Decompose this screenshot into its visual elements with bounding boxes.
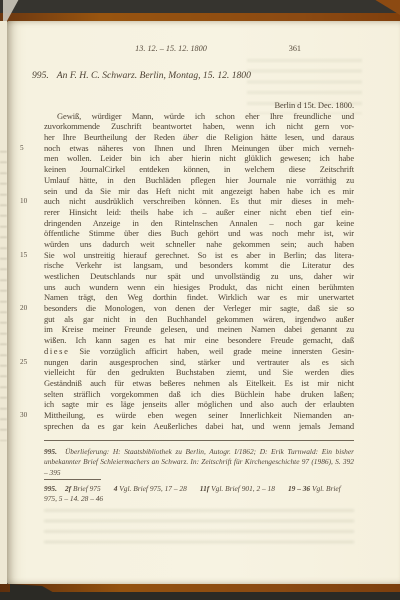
running-head: 13. 12. – 15. 12. 1800 xyxy=(96,44,246,53)
apparatus-transmission: 995.Überlieferung: H: Staatsbibliothek z… xyxy=(44,447,354,478)
margin-line-number: 25 xyxy=(20,357,32,368)
margin-line-number: 30 xyxy=(20,410,32,421)
page-number: 361 xyxy=(269,44,301,53)
book-page: 13. 12. – 15. 12. 1800 361 995.An F. H. … xyxy=(7,21,400,584)
letter-line: diese Sie vorzüglich afficirt haben, wei… xyxy=(44,346,354,357)
letter-line: würden uns dadurch weit schneller nahe g… xyxy=(44,239,354,250)
letter-line: im Kreise meiner Freunde gelesen, und me… xyxy=(44,324,354,335)
letter-line: nungen darin ausgesprochen sind, stärker… xyxy=(44,357,354,368)
letter-line: keinen JournalCirkel entdeken können, in… xyxy=(44,164,354,175)
letter-line: gut als gar nicht in den Buchhandel geko… xyxy=(44,314,354,325)
letter-line: öffentliche Stimme über dies Buch gehört… xyxy=(44,228,354,239)
letter-number: 995. xyxy=(32,70,49,81)
letter-line: Umlauf hätte, in den Buchläden pflegen h… xyxy=(44,175,354,186)
backdrop-bottom xyxy=(0,592,400,600)
letter-line: westlichen Deutschlands nur spät und unv… xyxy=(44,271,354,282)
letter-heading: 995.An F. H. C. Schwarz. Berlin, Montag,… xyxy=(32,70,362,81)
facing-page-text-bleed xyxy=(0,151,7,441)
letter-line: uns auch wundern wenn ein hiesiges Produ… xyxy=(44,282,354,293)
letter-line: Mittheilung, es würde eben wegen seiner … xyxy=(44,410,354,421)
letter-line: auch nicht ausdrüklich verschreiben könn… xyxy=(44,196,354,207)
letter-line: her Ihre Beurtheilung der Reden über die… xyxy=(44,132,354,143)
letter-line: Gewiß, würdiger Mann, würde ich schon eh… xyxy=(44,111,354,122)
letter-line: besonders die Monologen, von denen der V… xyxy=(44,303,354,314)
letter-line: rerer Hinsicht leid: theils habe ich – a… xyxy=(44,207,354,218)
margin-line-number: 5 xyxy=(20,143,32,154)
facing-page-edge xyxy=(0,21,7,584)
letter-line: noch etwas näheres von Ihnen und Ihren M… xyxy=(44,143,354,154)
letter-line: dringenden Anzeige in den Rintelnschen A… xyxy=(44,218,354,229)
scanned-book-photo: 13. 12. – 15. 12. 1800 361 995.An F. H. … xyxy=(0,0,400,600)
letter-line: selten sträflich vorgekommen daß ich die… xyxy=(44,389,354,400)
apparatus-divider-rule xyxy=(44,440,354,441)
letter-body: Berlin d 15t. Dec. 1800. Gewiß, würdiger… xyxy=(44,100,354,431)
letter-heading-text: An F. H. C. Schwarz. Berlin, Montag, 15.… xyxy=(57,70,251,81)
margin-line-number: 10 xyxy=(20,196,32,207)
letter-line: Geständniß auch für etwas beßeres nehmen… xyxy=(44,378,354,389)
letter-line: rische Verkehr ist langsam, und besonder… xyxy=(44,260,354,271)
letter-line: vielleicht für den gedrukten Buchstaben … xyxy=(44,367,354,378)
apparatus-section-rule xyxy=(44,479,101,480)
apparatus-references: 995.2f Brief 9754 Vgl. Brief 975, 17 – 2… xyxy=(44,484,354,505)
letter-line: men wollen. Leider bin ich aber hierin n… xyxy=(44,153,354,164)
page-bleed-through xyxy=(44,509,354,549)
letter-line: zuvorkommende Zuschrift beantwortet habe… xyxy=(44,121,354,132)
letter-line: wißen. Ich kann sagen es hat mir eine be… xyxy=(44,335,354,346)
letter-line: Namen trägt, den Weg dorthin findet. Wir… xyxy=(44,292,354,303)
letter-line: ich sagte mir es läge jenseits aller mög… xyxy=(44,399,354,410)
letter-dateline: Berlin d 15t. Dec. 1800. xyxy=(44,100,354,111)
letter-line: sprechen da es gar kein Aeußerliches dab… xyxy=(44,421,354,432)
letter-line: Sie wol unstreitig hierauf gerechnet. So… xyxy=(44,250,354,261)
letter-line: sein und da Sie mir das Heft nicht mit a… xyxy=(44,186,354,197)
margin-line-number: 15 xyxy=(20,250,32,261)
margin-line-number: 20 xyxy=(20,303,32,314)
